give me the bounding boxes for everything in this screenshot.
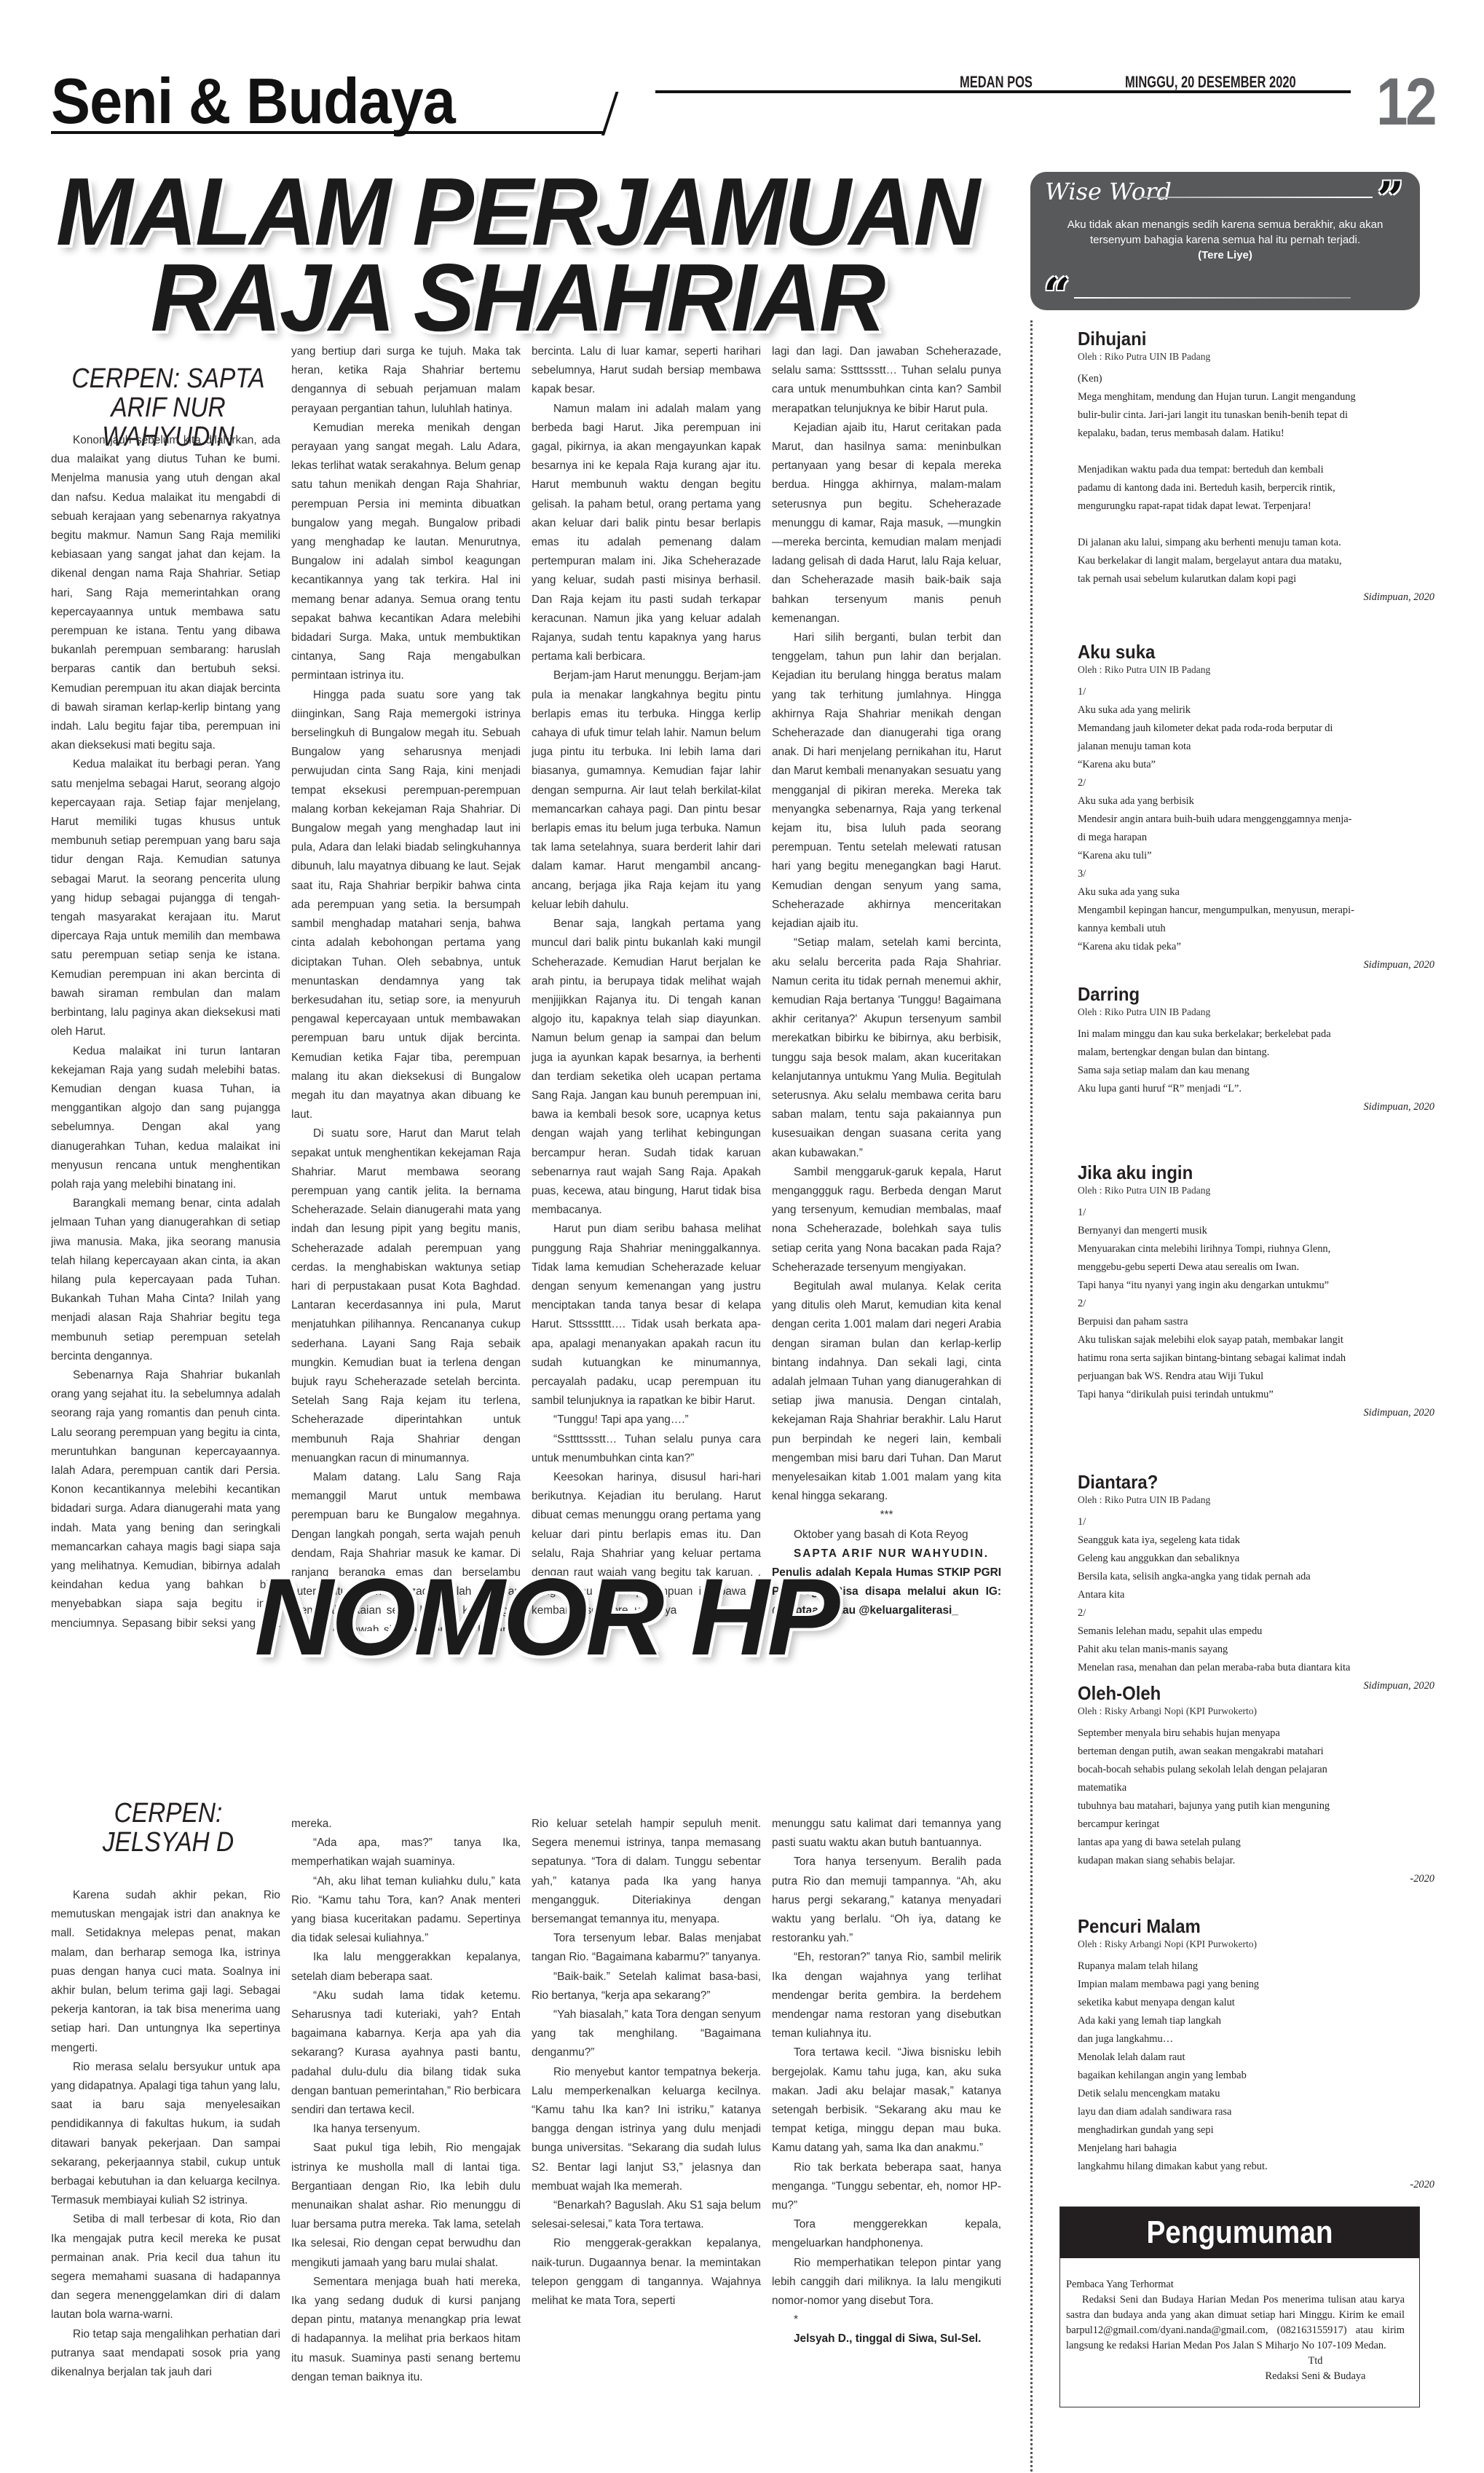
paragraph: Sementara menjaga buah hati mereka, Ika …: [291, 2273, 521, 2387]
poem-line: Menjadikan waktu pada dua tempat: berted…: [1078, 461, 1456, 479]
poem-line: perjuangan bak WS. Rendra atau Wiji Tuku…: [1078, 1368, 1456, 1386]
story2-author-note: Jelsyah D., tinggal di Siwa, Sul-Sel.: [772, 2330, 1001, 2348]
column-divider-dotted: [1030, 320, 1033, 2473]
poem-line: Berpuisi dan paham sastra: [1078, 1313, 1456, 1331]
poem-line: Menolak lelah dalam raut: [1078, 2048, 1456, 2067]
poem-line: “Karena aku tidak peka”: [1078, 938, 1456, 956]
wise-word-rule-bottom: [1074, 297, 1351, 299]
wise-word-title: Wise Word: [1045, 178, 1172, 205]
paragraph: Kedua malaikat itu berbagi peran. Yang s…: [51, 755, 280, 1041]
story2-headline: NOMOR HP: [218, 1558, 874, 1675]
paragraph: “Ssttttssstt… Tuhan selalu punya cara un…: [532, 1430, 761, 1468]
paragraph: Tora tertawa kecil. “Jiwa bisnisku lebih…: [772, 2043, 1001, 2158]
paragraph: Berjam-jam Harut menunggu. Berjam-jam pu…: [532, 666, 761, 915]
poem-line: tak pernah usai sebelum kularutkan dalam…: [1078, 570, 1456, 588]
poem-place-date: Sidimpuan, 2020: [1078, 956, 1456, 974]
poem: Diantara?Oleh : Riko Putra UIN IB Padang…: [1078, 1471, 1456, 1695]
paragraph: Rio menggerak-gerakkan kepalanya, naik-t…: [532, 2234, 761, 2311]
story2-column-2: mereka.“Ada apa, mas?” tanya Ika, memper…: [291, 1815, 521, 2470]
poem-line: Menelan rasa, menahan dan pelan meraba-r…: [1078, 1659, 1456, 1677]
poem-line: berteman dengan putih, awan seakan menga…: [1078, 1743, 1456, 1761]
paragraph: Harut pun diam seribu bahasa melihat pun…: [532, 1220, 761, 1411]
paragraph: Benar saja, langkah pertama yang muncul …: [532, 915, 761, 1220]
poem-line: dan juga langkahmu…: [1078, 2030, 1456, 2048]
paragraph: Karena sudah akhir pekan, Rio memutuskan…: [51, 1886, 280, 2058]
story2-column-4-body: menunggu satu kalimat dari temannya yang…: [772, 1815, 1001, 2311]
poem-line: hatimu rona serta sajikan bintang-bintan…: [1078, 1349, 1456, 1368]
poem: Aku sukaOleh : Riko Putra UIN IB Padang1…: [1078, 641, 1456, 974]
poem-line: (Ken): [1078, 370, 1456, 388]
paragraph: Saat pukul tiga lebih, Rio mengajak istr…: [291, 2139, 521, 2272]
paragraph: Ika lalu menggerakkan kepalanya, setelah…: [291, 1948, 521, 1986]
poem-line: “Karena aku tuli”: [1078, 847, 1456, 865]
poem-line: langkahmu hilang dimakan kabut yang rebu…: [1078, 2158, 1456, 2176]
poem-line: 2/: [1078, 1295, 1456, 1313]
paragraph: Rio tetap saja mengalihkan perhatian dar…: [51, 2325, 280, 2383]
paragraph: “Ada apa, mas?” tanya Ika, memperhatikan…: [291, 1834, 521, 1871]
paragraph: “Baik-baik.” Setelah kalimat basa-basi, …: [532, 1968, 761, 2005]
paragraph: Rio menyebut kantor tempatnya bekerja. L…: [532, 2063, 761, 2196]
poem-line: Rupanya malam telah hilang: [1078, 1957, 1456, 1976]
story2-byline-line1: CERPEN:: [63, 1799, 274, 1828]
poem-line: Bernyanyi dan mengerti musik: [1078, 1222, 1456, 1240]
story1-separator: ***: [772, 1506, 1001, 1525]
poem-line: kannya kembali utuh: [1078, 920, 1456, 938]
poem-line: 2/: [1078, 774, 1456, 792]
paragraph: Konon jauh sebelum kita dilahirkan, ada …: [51, 431, 280, 755]
poem-author: Oleh : Riko Putra UIN IB Padang: [1078, 1005, 1456, 1019]
poem-line: 1/: [1078, 1204, 1456, 1222]
poem-author: Oleh : Risky Arbangi Nopi (KPI Purwokert…: [1078, 1704, 1456, 1719]
poem-line: menggebu-gebu seperti Dewa atau serealis…: [1078, 1258, 1456, 1277]
story1-headline: MALAM PERJAMUAN RAJA SHAHRIAR: [49, 169, 985, 341]
paragraph: Tora menggerekkan kepala, mengeluarkan h…: [772, 2215, 1001, 2253]
poem-line: Di jalanan aku lalui, simpang aku berhen…: [1078, 534, 1456, 552]
story2-separator: *: [772, 2311, 1001, 2330]
paragraph: Hingga pada suatu sore yang tak diingink…: [291, 686, 521, 1125]
paper-name: MEDAN POS: [960, 73, 1033, 92]
poem: Pencuri MalamOleh : Risky Arbangi Nopi (…: [1078, 1915, 1456, 2194]
header-rule-left: [51, 131, 603, 134]
announcement-text: Redaksi Seni dan Budaya Harian Medan Pos…: [1066, 2292, 1405, 2354]
poem-author: Oleh : Riko Putra UIN IB Padang: [1078, 1493, 1456, 1507]
paragraph: lagi dan lagi. Dan jawaban Scheherazade,…: [772, 342, 1001, 419]
poem-line: Tapi hanya “dirikulah puisi terindah unt…: [1078, 1386, 1456, 1404]
poem-place-date: Sidimpuan, 2020: [1078, 1098, 1456, 1116]
paragraph: “Benarkah? Baguslah. Aku S1 saja belum s…: [532, 2196, 761, 2234]
poem-title: Diantara?: [1078, 1471, 1426, 1493]
poem-title: Dihujani: [1078, 328, 1426, 350]
poem-place-date: Sidimpuan, 2020: [1078, 1404, 1456, 1422]
paragraph: “Yah biasalah,” kata Tora dengan senyum …: [532, 2005, 761, 2063]
close-quote-icon: ”: [1377, 176, 1404, 223]
poem-author: Oleh : Riko Putra UIN IB Padang: [1078, 663, 1456, 677]
poem-author: Oleh : Risky Arbangi Nopi (KPI Purwokert…: [1078, 1937, 1456, 1952]
poem-place-date: -2020: [1078, 2176, 1456, 2194]
wise-word-author: (Tere Liye): [1059, 248, 1391, 263]
story2-byline: CERPEN: JELSYAH D: [63, 1799, 274, 1857]
paragraph: Rio memperhatikan telepon pintar yang le…: [772, 2254, 1001, 2311]
story2-column-4: menunggu satu kalimat dari temannya yang…: [772, 1815, 1001, 2470]
poem-line: Semanis lelehan madu, sepahit ulas emped…: [1078, 1622, 1456, 1641]
poem-line: Aku suka ada yang suka: [1078, 883, 1456, 902]
poem-author: Oleh : Riko Putra UIN IB Padang: [1078, 1183, 1456, 1198]
poem-line: Aku suka ada yang melirik: [1078, 701, 1456, 719]
poem-line: “Karena aku buta”: [1078, 756, 1456, 774]
open-quote-icon: “: [1043, 272, 1070, 319]
poem-line: Menyuarakan cinta melebihi lirihnya Tomp…: [1078, 1240, 1456, 1258]
poem-line: bagaikan kehilangan angin yang lembab: [1078, 2067, 1456, 2085]
story1-column-4: lagi dan lagi. Dan jawaban Scheherazade,…: [772, 342, 1001, 1653]
poem-line: jalanan menuju taman kota: [1078, 738, 1456, 756]
paragraph: Rio merasa selalu bersyukur untuk apa ya…: [51, 2058, 280, 2211]
poem-line: Tapi hanya “itu nyanyi yang ingin aku de…: [1078, 1277, 1456, 1295]
poem-line: tubuhnya bau matahari, bajunya yang puti…: [1078, 1797, 1456, 1815]
poem: Jika aku inginOleh : Riko Putra UIN IB P…: [1078, 1161, 1456, 1422]
poem-line: Pahit aku telan manis-manis sayang: [1078, 1641, 1456, 1659]
poem-line: 1/: [1078, 683, 1456, 701]
paragraph: Namun malam ini adalah malam yang berbed…: [532, 400, 761, 667]
section-title: Seni & Budaya: [51, 64, 455, 138]
paragraph: yang bertiup dari surga ke tujuh. Maka t…: [291, 342, 521, 419]
poem-line: Geleng kau anggukkan dan sebaliknya: [1078, 1550, 1456, 1568]
poem-place-date: Sidimpuan, 2020: [1078, 588, 1456, 607]
poem-line: Aku tuliskan sajak melebihi elok sayap p…: [1078, 1331, 1456, 1349]
poem-title: Jika aku ingin: [1078, 1161, 1426, 1183]
paragraph: “Tunggu! Tapi apa yang….”: [532, 1411, 761, 1429]
poem-line: Aku lupa ganti huruf “R” menjadi “L”.: [1078, 1080, 1456, 1098]
story2-column-1: Karena sudah akhir pekan, Rio memutuskan…: [51, 1886, 280, 2469]
poem-line: Mendesir angin antara buih-buih udara me…: [1078, 810, 1456, 829]
poem-line: layu dan diam adalah sandiwara rasa: [1078, 2103, 1456, 2121]
story1-column-4-body: lagi dan lagi. Dan jawaban Scheherazade,…: [772, 342, 1001, 1506]
poem-line: Mengambil kepingan hancur, mengumpulkan,…: [1078, 902, 1456, 920]
poem-line: lantas apa yang di bawa setelah pulang: [1078, 1834, 1456, 1852]
announcement-ttd: Ttd: [1066, 2354, 1405, 2369]
announcement-signature: Redaksi Seni & Budaya: [1066, 2369, 1405, 2384]
poem-line: Sama saja setiap malam dan kau menang: [1078, 1062, 1456, 1080]
poem-place-date: -2020: [1078, 1870, 1456, 1888]
story1-closing-place: Oktober yang basah di Kota Reyog: [772, 1526, 1001, 1545]
poem-line: Aku suka ada yang berbisik: [1078, 792, 1456, 810]
paragraph: menunggu satu kalimat dari temannya yang…: [772, 1815, 1001, 1853]
poem-line: di mega harapan: [1078, 829, 1456, 847]
poem-line: 2/: [1078, 1604, 1456, 1622]
poem-stanza-gap: [1078, 516, 1456, 534]
paragraph: Ika hanya tersenyum.: [291, 2120, 521, 2139]
story2-column-3: Rio keluar setelah hampir sepuluh menit.…: [532, 1815, 761, 2470]
poem-line: Memandang jauh kilometer dekat pada roda…: [1078, 719, 1456, 738]
paragraph: Kemudian mereka menikah dengan perayaan …: [291, 419, 521, 686]
announcement-title: Pengumuman: [1146, 2207, 1333, 2258]
header-rule-slant: [601, 92, 618, 135]
poem-line: Detik selalu mencengkam mataku: [1078, 2085, 1456, 2103]
poem-title: Darring: [1078, 983, 1426, 1005]
announcement-box: Pengumuman Pembaca Yang Terhormat Redaks…: [1059, 2206, 1420, 2407]
paragraph: Tora hanya tersenyum. Beralih pada putra…: [772, 1853, 1001, 1948]
paragraph: Setiba di mall terbesar di kota, Rio dan…: [51, 2210, 280, 2324]
paragraph: “Ah, aku lihat teman kuliahku dulu,” kat…: [291, 1872, 521, 1949]
paragraph: bercinta. Lalu di luar kamar, seperti ha…: [532, 342, 761, 400]
wise-word-rule-top: [1140, 197, 1373, 198]
paragraph: Di suatu sore, Harut dan Marut telah sep…: [291, 1124, 521, 1468]
poem-line: menghadirkan gundah yang sepi: [1078, 2121, 1456, 2139]
paragraph: Kejadian ajaib itu, Harut ceritakan pada…: [772, 419, 1001, 628]
story1-column-1: Konon jauh sebelum kita dilahirkan, ada …: [51, 431, 280, 1633]
poem-line: seketika kabut menyapa dengan kalut: [1078, 1994, 1456, 2012]
issue-date: MINGGU, 20 DESEMBER 2020: [1125, 73, 1296, 92]
poem-line: kudapan makan siang sehabis belajar.: [1078, 1852, 1456, 1870]
poem-line: 3/: [1078, 865, 1456, 883]
poem-line: Seangguk kata iya, segeleng kata tidak: [1078, 1531, 1456, 1550]
story1-headline-line2: RAJA SHAHRIAR: [49, 255, 985, 341]
poem-line: Menjelang hari bahagia: [1078, 2139, 1456, 2158]
paragraph: mereka.: [291, 1815, 521, 1834]
wise-word-box: Wise Word ” Aku tidak akan menangis sedi…: [1030, 172, 1420, 310]
announcement-header: Pengumuman: [1060, 2207, 1419, 2258]
poem: Oleh-OlehOleh : Risky Arbangi Nopi (KPI …: [1078, 1682, 1456, 1888]
paragraph: Tora tersenyum lebar. Balas menjabat tan…: [532, 1929, 761, 1967]
poem-line: Ada kaki yang lemah tiap langkah: [1078, 2012, 1456, 2030]
poem-line: Ini malam minggu dan kau suka berkelakar…: [1078, 1025, 1456, 1044]
paragraph: Rio keluar setelah hampir sepuluh menit.…: [532, 1815, 761, 1929]
poem-line: Bersila kata, selisih angka-angka yang t…: [1078, 1568, 1456, 1586]
poem-line: Kau berkelakar di langit malam, bergelay…: [1078, 552, 1456, 570]
poem-line: bocah-bocah sehabis pulang sekolah lelah…: [1078, 1761, 1456, 1779]
poem-line: matematika: [1078, 1779, 1456, 1797]
poem-stanza-gap: [1078, 443, 1456, 461]
poem-author: Oleh : Riko Putra UIN IB Padang: [1078, 350, 1456, 364]
poem: DihujaniOleh : Riko Putra UIN IB Padang(…: [1078, 328, 1456, 607]
wise-word-quote-text: Aku tidak akan menangis sedih karena sem…: [1067, 218, 1384, 246]
paragraph: Begitulah awal mulanya. Kelak cerita yan…: [772, 1277, 1001, 1506]
poem-line: padamu di kantong dada ini. Berteduh kas…: [1078, 479, 1456, 497]
poem-line: Antara kita: [1078, 1586, 1456, 1604]
paragraph: Hari silih berganti, bulan terbit dan te…: [772, 628, 1001, 934]
poem: DarringOleh : Riko Putra UIN IB PadangIn…: [1078, 983, 1456, 1116]
announcement-salutation: Pembaca Yang Terhormat: [1066, 2277, 1405, 2292]
poem-line: bulir-bulir cinta. Jari-jari langit itu …: [1078, 406, 1456, 425]
page-number: 12: [1376, 64, 1434, 141]
poem-line: kepalaku, badan, terus membasah dalam. H…: [1078, 425, 1456, 443]
poem-line: bercampur keringat: [1078, 1815, 1456, 1834]
poem-line: Impian malam membawa pagi yang bening: [1078, 1976, 1456, 1994]
poem-title: Oleh-Oleh: [1078, 1682, 1426, 1704]
poem-line: mengurungku rapat-rapat tidak dapat lewa…: [1078, 497, 1456, 516]
poem-title: Pencuri Malam: [1078, 1915, 1426, 1937]
paragraph: “Eh, restoran?” tanya Rio, sambil meliri…: [772, 1948, 1001, 2043]
wise-word-quote: Aku tidak akan menangis sedih karena sem…: [1059, 217, 1391, 263]
announcement-body: Pembaca Yang Terhormat Redaksi Seni dan …: [1060, 2258, 1419, 2391]
paragraph: “Aku sudah lama tidak ketemu. Seharusnya…: [291, 1987, 521, 2120]
story1-column-2: yang bertiup dari surga ke tujuh. Maka t…: [291, 342, 521, 1631]
paragraph: “Setiap malam, setelah kami bercinta, ak…: [772, 934, 1001, 1162]
poem-line: Mega menghitam, mendung dan Hujan turun.…: [1078, 388, 1456, 406]
paragraph: Sambil menggaruk-garuk kepala, Harut men…: [772, 1163, 1001, 1277]
paragraph: Barangkali memang benar, cinta adalah je…: [51, 1194, 280, 1366]
story2-byline-line2: JELSYAH D: [63, 1828, 274, 1857]
story1-column-3: bercinta. Lalu di luar kamar, seperti ha…: [532, 342, 761, 1631]
poem-line: 1/: [1078, 1513, 1456, 1531]
poem-line: September menyala biru sehabis hujan men…: [1078, 1724, 1456, 1743]
story1-headline-line1: MALAM PERJAMUAN: [49, 169, 985, 255]
paragraph: Rio tak berkata beberapa saat, hanya men…: [772, 2158, 1001, 2216]
poem-line: malam, bertengkar dengan bulan dan binta…: [1078, 1044, 1456, 1062]
poem-title: Aku suka: [1078, 641, 1426, 663]
paragraph: Kedua malaikat ini turun lantaran kekeja…: [51, 1042, 280, 1195]
